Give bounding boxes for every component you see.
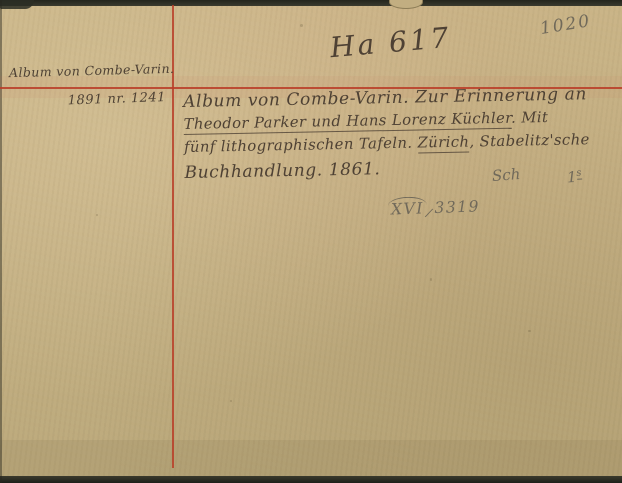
entry-line-4-text: Buchhandlung. 1861.: [184, 159, 380, 183]
entry-line-3-rest: , Stabelitz'sche: [469, 131, 590, 150]
paper-shadow: [0, 440, 622, 480]
paper-speck: [430, 278, 432, 281]
entry-line-3-underlined: Zürich: [417, 134, 469, 154]
punch-notch: [389, 0, 423, 9]
heading-label: Album von Combe-Varin.: [9, 61, 175, 80]
accession-number: 1891 nr. 1241: [52, 90, 166, 109]
scan-corner-shadow: [0, 0, 34, 9]
catalog-entry: Album von Combe-Varin. Zur Erinnerung an…: [183, 84, 621, 186]
entry-line-2-rest: . Mit: [511, 108, 549, 126]
paper-speck: [300, 24, 303, 27]
pencil-note: Sch: [491, 165, 521, 185]
price-value: 1: [566, 168, 577, 187]
shelfmark-number: 3319: [434, 197, 480, 217]
entry-line-3-pre: fünf lithographischen Tafeln.: [184, 135, 418, 156]
shelfmark-roman: XVI: [388, 196, 428, 218]
corner-number: 1020: [539, 11, 593, 39]
call-number: Ha 617: [329, 21, 453, 64]
paper-speck: [528, 330, 531, 332]
paper-speck: [230, 400, 232, 402]
paper-speck: [96, 214, 98, 216]
scan-edge-bottom: [0, 476, 622, 483]
catalog-card: 1020 Ha 617 Album von Combe-Varin. 1891 …: [0, 0, 622, 483]
price-note: 1s: [566, 168, 582, 187]
price-superscript: s: [576, 168, 582, 180]
scan-edge-top: [0, 0, 622, 6]
scan-edge-left: [0, 0, 2, 483]
shelfmark: XVI/3319: [388, 194, 481, 218]
